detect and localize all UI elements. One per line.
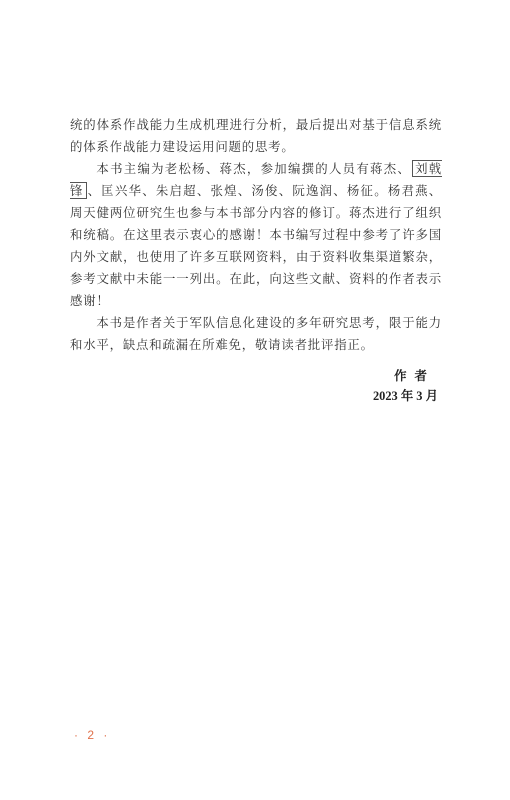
paragraph-3: 本书是作者关于军队信息化建设的多年研究思考，限于能力和水平，缺点和疏漏在所难免，… bbox=[70, 312, 442, 356]
paragraph-2-text-before: 本书主编为老松杨、蒋杰，参加编撰的人员有蒋杰、 bbox=[96, 161, 411, 176]
paragraph-2: 本书主编为老松杨、蒋杰，参加编撰的人员有蒋杰、刘戟锋、匡兴华、朱启超、张煌、汤俊… bbox=[70, 158, 442, 312]
signature-date: 2023 年 3 月 bbox=[373, 386, 438, 406]
paragraph-1: 统的体系作战能力生成机理进行分析，最后提出对基于信息系统的体系作战能力建设运用问… bbox=[70, 114, 442, 158]
signature-block: 作者 2023 年 3 月 bbox=[373, 366, 438, 406]
document-page: 统的体系作战能力生成机理进行分析，最后提出对基于信息系统的体系作战能力建设运用问… bbox=[0, 0, 510, 800]
body-text: 统的体系作战能力生成机理进行分析，最后提出对基于信息系统的体系作战能力建设运用问… bbox=[70, 114, 442, 356]
paragraph-2-text-after: 、匡兴华、朱启超、张煌、汤俊、阮逸润、杨征。杨君燕、周天健两位研究生也参与本书部… bbox=[70, 183, 442, 308]
page-number: · 2 · bbox=[74, 728, 110, 742]
signature-author: 作者 bbox=[373, 366, 438, 386]
